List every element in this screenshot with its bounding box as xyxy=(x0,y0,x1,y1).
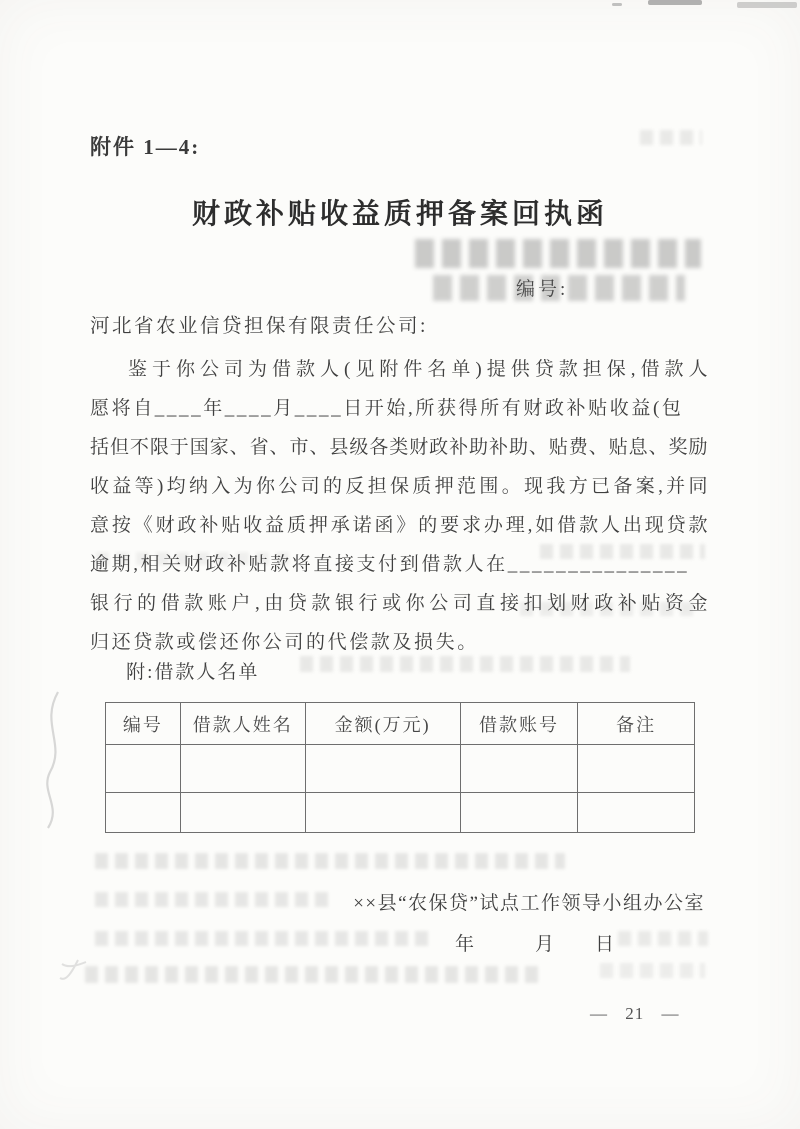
margin-ink-bleed xyxy=(22,688,72,833)
table-row xyxy=(106,745,695,793)
bleedthrough-text-artifact xyxy=(640,130,702,145)
body-line: 收益等)均纳入为你公司的反担保质押范围。现我方已备案,并同 xyxy=(90,467,708,506)
table-row xyxy=(106,793,695,833)
table-cell xyxy=(460,745,578,793)
table-cell xyxy=(578,745,695,793)
body-line: 鉴于你公司为借款人(见附件名单)提供贷款担保,借款人 xyxy=(90,350,708,389)
table-header-cell: 借款人姓名 xyxy=(180,703,305,745)
document-title: 财政补贴收益质押备案回执函 xyxy=(0,192,800,232)
bleedthrough-title-line-1 xyxy=(415,239,701,268)
body-line: 括但不限于国家、省、市、县级各类财政补助补助、贴费、贴息、奖励 xyxy=(90,428,708,467)
bleedthrough-text-artifact xyxy=(95,892,333,907)
body-line: 意按《财政补贴收益质押承诺函》的要求办理,如借款人出现贷款 xyxy=(90,506,708,545)
bleedthrough-text-artifact xyxy=(600,963,705,978)
body-line: 银行的借款账户,由贷款银行或你公司直接扣划财政补贴资金 xyxy=(90,584,708,623)
scan-smudge xyxy=(612,3,622,6)
addressee-line: 河北省农业信贷担保有限责任公司: xyxy=(90,310,428,338)
bleedthrough-text-artifact xyxy=(618,931,708,946)
table-cell xyxy=(305,745,460,793)
signature-office: ××县“农保贷”试点工作领导小组办公室 xyxy=(353,888,705,915)
attachment-note: 附:借款人名单 xyxy=(90,657,259,684)
table-cell xyxy=(180,793,305,833)
bleedthrough-text-artifact xyxy=(95,931,433,946)
attachment-label: 附件 1—4: xyxy=(90,131,200,161)
document-number-label: 编号: xyxy=(516,274,568,301)
margin-ink-bleed xyxy=(56,952,90,988)
table-cell xyxy=(106,793,181,833)
scan-smudge xyxy=(648,0,702,5)
bleedthrough-text-artifact xyxy=(95,853,565,869)
table-header-row: 编号借款人姓名金额(万元)借款账号备注 xyxy=(106,703,695,745)
document-page: 附件 1—4: 财政补贴收益质押备案回执函 编号: 河北省农业信贷担保有限责任公… xyxy=(0,0,800,1129)
table-header-cell: 金额(万元) xyxy=(305,703,460,745)
page-number: — 21 — xyxy=(590,1004,680,1024)
table-cell xyxy=(460,793,578,833)
scan-smudge xyxy=(737,2,797,8)
body-paragraph: 鉴于你公司为借款人(见附件名单)提供贷款担保,借款人愿将自____年____月_… xyxy=(90,350,708,662)
bleedthrough-text-artifact xyxy=(85,966,540,983)
table-header-cell: 备注 xyxy=(578,703,695,745)
body-line: 逾期,相关财政补贴款将直接支付到借款人在_______________ xyxy=(90,545,708,584)
body-line: 愿将自____年____月____日开始,所获得所有财政补贴收益(包 xyxy=(90,389,708,428)
table-header-cell: 编号 xyxy=(106,703,181,745)
borrower-list-table: 编号借款人姓名金额(万元)借款账号备注 xyxy=(105,702,695,833)
table-header-cell: 借款账号 xyxy=(460,703,578,745)
table-cell xyxy=(305,793,460,833)
table-cell xyxy=(106,745,181,793)
table-cell xyxy=(180,745,305,793)
date-line: 年 月 日 xyxy=(455,929,615,956)
table-cell xyxy=(578,793,695,833)
